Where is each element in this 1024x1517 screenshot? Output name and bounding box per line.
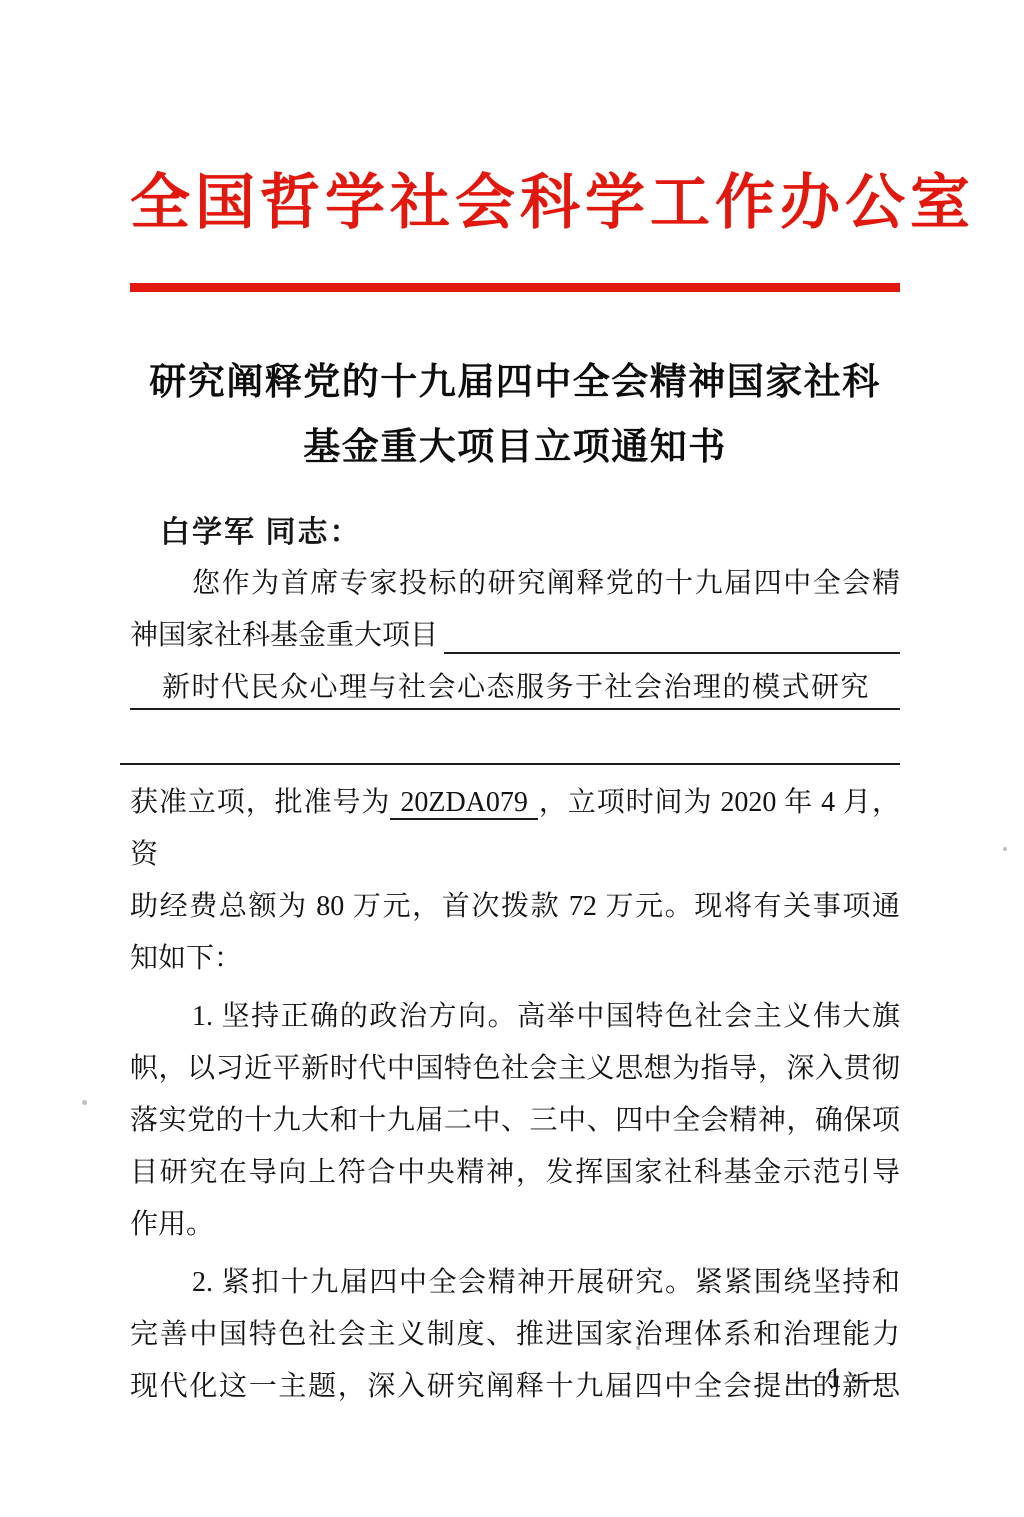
intro-line-2-text: 神国家社科基金重大项目 — [130, 610, 438, 662]
item1-line-4: 目研究在导向上符合中央精神，发挥国家社科基金示范引导 — [130, 1147, 900, 1199]
letterhead: 全国哲学社会科学工作办公室 — [130, 168, 900, 292]
blank-underline-row — [120, 710, 900, 765]
item2-line-1: 2. 紧扣十九届四中全会精神开展研究。紧紧围绕坚持和 — [130, 1257, 900, 1309]
item1-line-2: 帜，以习近平新时代中国特色社会主义思想为指导，深入贯彻 — [130, 1043, 900, 1095]
approval-pre-text: 获准立项，批准号为 — [130, 787, 390, 818]
document-title: 研究阐释党的十九届四中全会精神国家社科 基金重大项目立项通知书 — [130, 350, 900, 480]
org-name: 全国哲学社会科学工作办公室 — [130, 168, 900, 238]
item1-line-5: 作用。 — [130, 1199, 900, 1251]
salutation: 白学军 同志： — [130, 508, 900, 558]
item2-line-3: 现代化这一主题，深入研究阐释十九届四中全会提出的新思 — [130, 1361, 900, 1413]
approval-line: 获准立项，批准号为20ZDA079，立项时间为 2020 年 4 月，资 — [130, 777, 900, 881]
letterhead-rule — [130, 283, 900, 292]
scan-artifact-dot — [82, 1100, 87, 1105]
blank-underline — [444, 610, 900, 654]
scan-artifact-dot — [636, 1346, 640, 1350]
intro-line-2: 神国家社科基金重大项目 — [130, 610, 900, 662]
item1-line-3: 落实党的十九大和十九届二中、三中、四中全会精神，确保项 — [130, 1095, 900, 1147]
funding-line: 助经费总额为 80 万元，首次拨款 72 万元。现将有关事项通 — [130, 881, 900, 933]
page-number: — 1 — — [787, 1362, 884, 1395]
approval-number: 20ZDA079 — [390, 787, 538, 820]
intro-line-1: 您作为首席专家投标的研究阐释党的十九届四中全会精 — [130, 558, 900, 610]
funding-close-line: 知如下： — [130, 933, 900, 985]
item1-line-1: 1. 坚持正确的政治方向。高举中国特色社会主义伟大旗 — [130, 991, 900, 1043]
project-title-line: 新时代民众心理与社会心态服务于社会治理的模式研究 — [130, 662, 900, 710]
scan-artifact-dot — [1003, 847, 1007, 851]
document-title-line1: 研究阐释党的十九届四中全会精神国家社科 — [130, 350, 900, 415]
item2-line-2: 完善中国特色社会主义制度、推进国家治理体系和治理能力 — [130, 1309, 900, 1361]
document-page: 全国哲学社会科学工作办公室 研究阐释党的十九届四中全会精神国家社科 基金重大项目… — [0, 0, 1024, 1517]
document-title-line2: 基金重大项目立项通知书 — [130, 415, 900, 480]
